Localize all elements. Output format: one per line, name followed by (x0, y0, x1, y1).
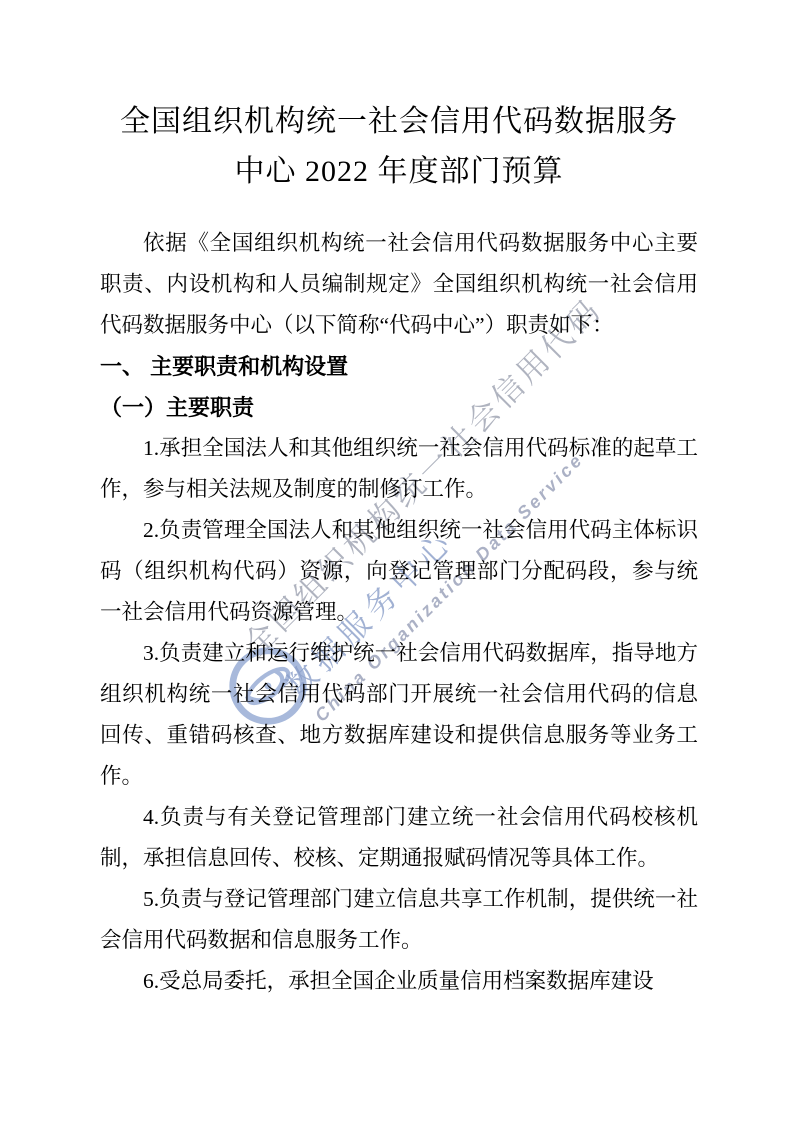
duty-item-5: 5.负责与登记管理部门建立信息共享工作机制，提供统一社会信用代码数据和信息服务工… (100, 879, 698, 961)
duty-item-3: 3.负责建立和运行维护统一社会信用代码数据库，指导地方组织机构统一社会信用代码部… (100, 633, 698, 797)
duty-item-2: 2.负责管理全国法人和其他组织统一社会信用代码主体标识码（组织机构代码）资源，向… (100, 510, 698, 633)
duty-item-4: 4.负责与有关登记管理部门建立统一社会信用代码校核机制，承担信息回传、校核、定期… (100, 797, 698, 879)
document-content: 全国组织机构统一社会信用代码数据服务 中心 2022 年度部门预算 依据《全国组… (0, 0, 794, 1002)
subsection-heading: （一）主要职责 (100, 387, 698, 428)
document-page: 全国组织机构统一社会信用代码 数据服务中心 China Organization… (0, 0, 794, 1123)
document-body: 依据《全国组织机构统一社会信用代码数据服务中心主要职责、内设机构和人员编制规定》… (100, 223, 698, 1002)
intro-paragraph: 依据《全国组织机构统一社会信用代码数据服务中心主要职责、内设机构和人员编制规定》… (100, 223, 698, 346)
duty-item-6: 6.受总局委托，承担全国企业质量信用档案数据库建设 (100, 961, 698, 1002)
duty-item-1: 1.承担全国法人和其他组织统一社会信用代码标准的起草工作，参与相关法规及制度的制… (100, 428, 698, 510)
title-line-2: 中心 2022 年度部门预算 (100, 147, 698, 197)
section-heading: 一、 主要职责和机构设置 (100, 346, 698, 387)
document-title: 全国组织机构统一社会信用代码数据服务 中心 2022 年度部门预算 (100, 97, 698, 197)
title-line-1: 全国组织机构统一社会信用代码数据服务 (100, 97, 698, 147)
